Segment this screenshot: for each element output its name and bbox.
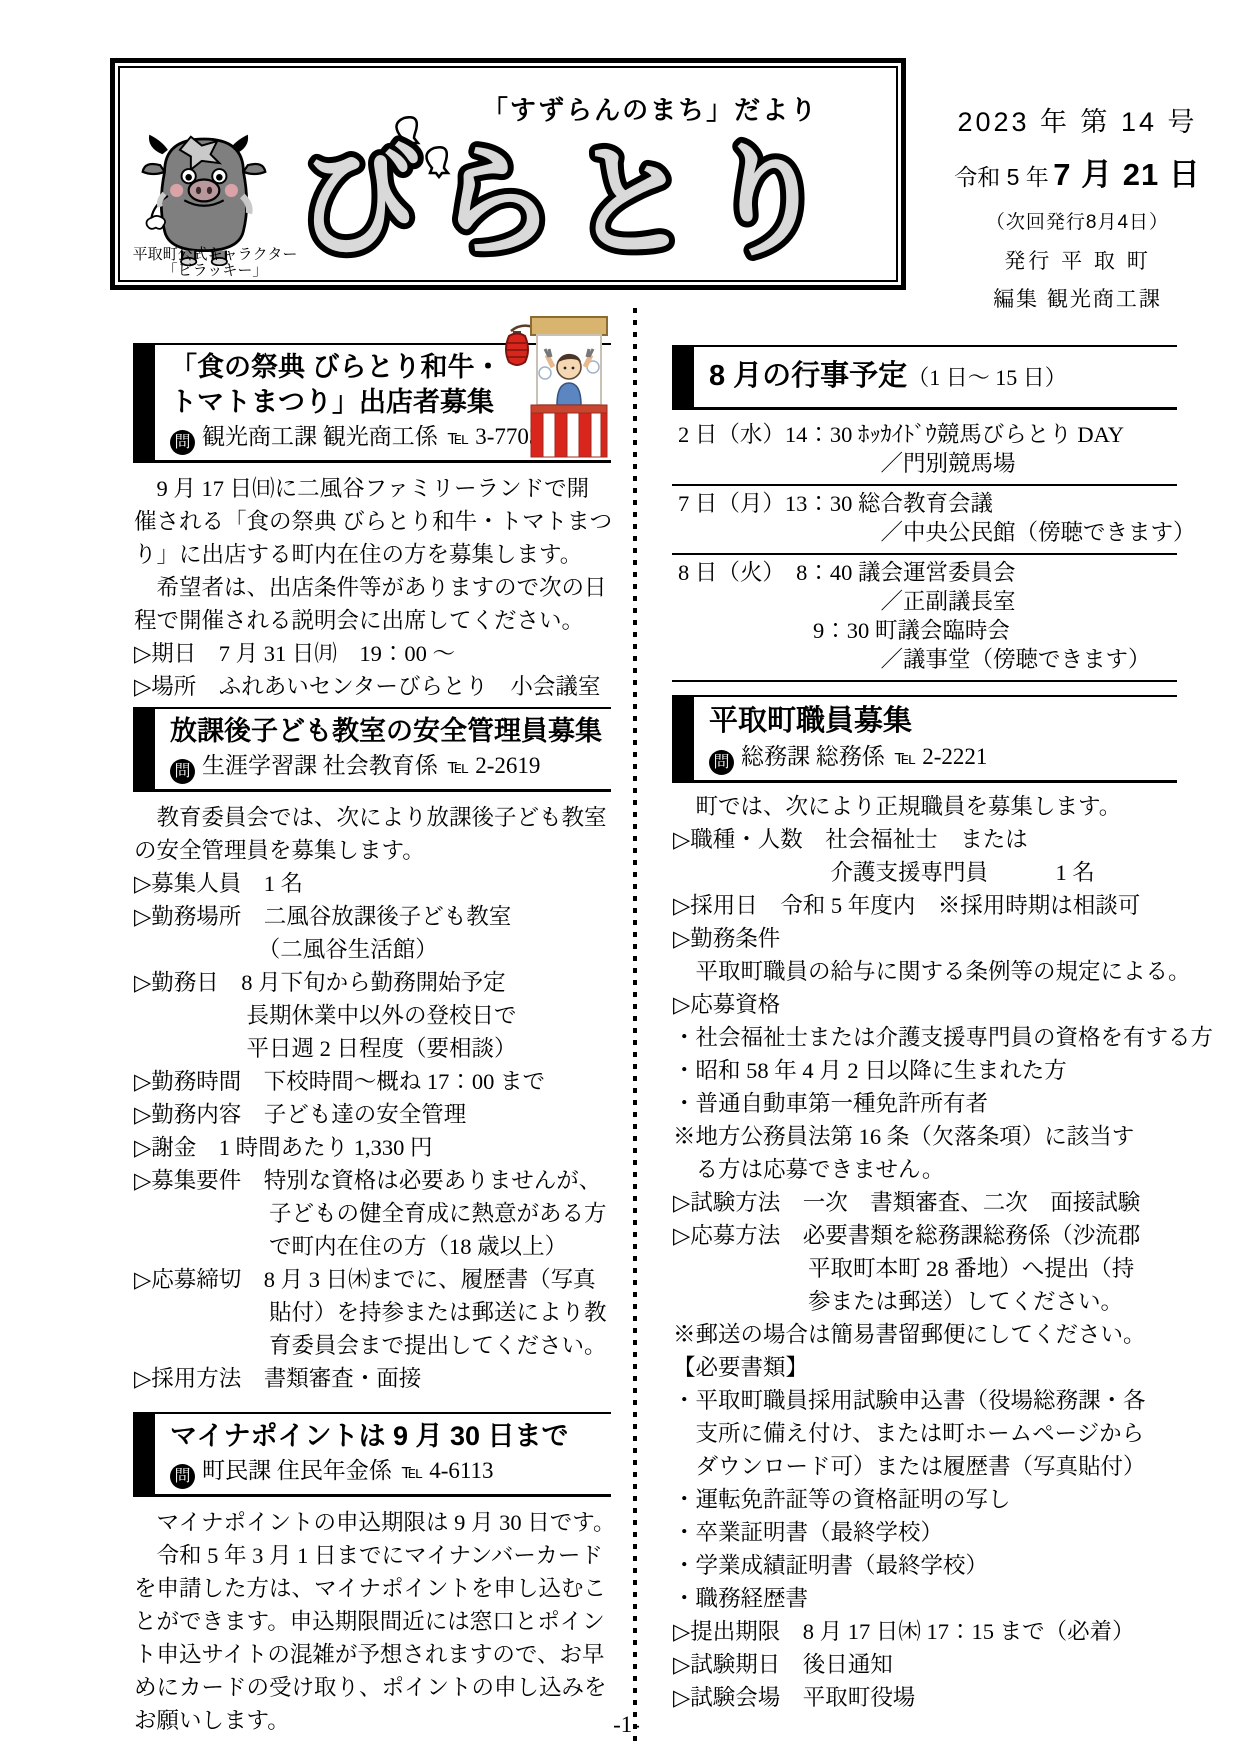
text-line: ／門別競馬場 (678, 449, 1177, 478)
event-row: 8 日（火） 8：40 議会運営委員会 ／正副議長室 9：30 町議会臨時会 ／… (672, 555, 1177, 682)
section-contact: 問総務課 総務係℡2-2221 (709, 742, 1171, 775)
contact-phone: 4-6113 (429, 1458, 493, 1483)
text-line: 8 日（火） 8：40 議会運営委員会 (678, 558, 1177, 587)
tel-icon: ℡ (895, 745, 916, 769)
section-contact: 問生涯学習課 社会教育係℡2-2619 (170, 751, 605, 784)
text-line: とができます。申込期限間近には窓口とポイン (134, 1605, 611, 1638)
text-line: ／正副議長室 (678, 587, 1177, 616)
events-date-range: （1 日～ 15 日） (907, 365, 1067, 390)
text-line: ・平取町職員採用試験申込書（役場総務課・各 (673, 1384, 1177, 1417)
section-recruitment-header: 平取町職員募集 問総務課 総務係℡2-2221 (672, 695, 1177, 783)
contact-department: 町民課 住民年金係 (202, 1458, 392, 1483)
masthead-inner-frame: 平取町公式キャラクター 「ビラッキー」 「すずらんのまち」だより びらとり (118, 66, 898, 282)
text-line: ・運転免許証等の資格証明の写し (673, 1483, 1177, 1516)
text-line: 介護支援専門員 1 名 (673, 856, 1177, 889)
text-line: ダウンロード可）または履歴書（写真貼付） (673, 1450, 1177, 1483)
text-line: 9：30 町議会臨時会 (678, 616, 1177, 645)
inquiry-icon: 問 (170, 430, 195, 455)
text-line: ／中央公民館（傍聴できます） (678, 518, 1177, 547)
text-line: ・社会福祉士または介護支援専門員の資格を有する方 (673, 1021, 1177, 1054)
text-line: めにカードの受け取り、ポイントの申し込みを (134, 1671, 611, 1704)
text-line: る方は応募できません。 (673, 1153, 1177, 1186)
text-line: ▷試験方法 一次 書類審査、二次 面接試験 (673, 1186, 1177, 1219)
section-title: 放課後子ども教室の安全管理員募集 (170, 714, 605, 749)
issue-date: 令和 5 年 7 月 21 日 (935, 149, 1220, 194)
newsletter-page: { "labels": { "ask": "問", "tel": "℡" }, … (0, 0, 1253, 1754)
text-line: 催される「食の祭典 びらとり和牛・トマトまつ (134, 505, 611, 538)
events-list: 2 日（水）14：30 ﾎｯｶｲﾄﾞｳ競馬びらとり DAY ／門別競馬場 7 日… (672, 417, 1177, 682)
svg-text:びらとり: びらとり (298, 131, 842, 273)
text-line: 教育委員会では、次により放課後子ども教室 (134, 801, 611, 834)
contact-phone: 2-2619 (475, 753, 540, 778)
text-line: ・職務経歴書 (673, 1582, 1177, 1615)
section-title: 平取町職員募集 (709, 702, 1171, 740)
section-mynapoint-header: マイナポイントは 9 月 30 日まで 問町民課 住民年金係℡4-6113 (133, 1412, 611, 1497)
text-line: 希望者は、出店条件等がありますので次の日 (134, 571, 611, 604)
editor: 編集 観光商工課 (935, 283, 1220, 313)
contact-department: 総務課 総務係 (741, 744, 885, 769)
text-line: ／議事堂（傍聴できます） (678, 645, 1177, 674)
section-afterschool-header: 放課後子ども教室の安全管理員募集 問生涯学習課 社会教育係℡2-2619 (133, 707, 611, 792)
text-line: ▷試験会場 平取町役場 (673, 1681, 1177, 1714)
section-title: マイナポイントは 9 月 30 日まで (170, 1419, 605, 1454)
section-accent-bar (133, 345, 155, 460)
column-divider (633, 308, 637, 1744)
tel-icon: ℡ (402, 1459, 423, 1483)
text-line: を申請した方は、マイナポイントを申し込むこ (134, 1572, 611, 1605)
text-line: ・普通自動車第一種免許所有者 (673, 1087, 1177, 1120)
right-column: 8 月の行事予定（1 日～ 15 日） 2 日（水）14：30 ﾎｯｶｲﾄﾞｳ競… (672, 345, 1177, 1718)
publisher: 発行 平 取 町 (935, 245, 1220, 275)
contact-department: 生涯学習課 社会教育係 (202, 753, 438, 778)
left-column: 「食の祭典 びらとり和牛・ トマトまつり」出店者募集 問観光商工課 観光商工係℡… (133, 343, 611, 1741)
text-line: ▷勤務時間 下校時間～概ね 17：00 まで (134, 1065, 611, 1098)
page-number: -1- (0, 1712, 1253, 1738)
text-line: ▷職種・人数 社会福祉士 または (673, 823, 1177, 856)
text-line: ▷謝金 1 時間あたり 1,330 円 (134, 1131, 611, 1164)
text-line: 9 月 17 日㈰に二風谷ファミリーランドで開 (134, 472, 611, 505)
masthead-box: 平取町公式キャラクター 「ビラッキー」 「すずらんのまち」だより びらとり (110, 58, 906, 290)
text-line: ▷提出期限 8 月 17 日㈭ 17：15 まで（必着） (673, 1615, 1177, 1648)
next-issue-date: （次回発行8月4日） (935, 207, 1220, 234)
text-line: ・学業成績証明書（最終学校） (673, 1549, 1177, 1582)
event-row: 2 日（水）14：30 ﾎｯｶｲﾄﾞｳ競馬びらとり DAY ／門別競馬場 (672, 417, 1177, 486)
text-line: 【必要書類】 (673, 1351, 1177, 1384)
text-line: ▷試験期日 後日通知 (673, 1648, 1177, 1681)
issue-date-era: 令和 5 年 (954, 164, 1049, 190)
text-line: 平日週 2 日程度（要相談） (134, 1032, 611, 1065)
text-line: ▷勤務内容 子ども達の安全管理 (134, 1098, 611, 1131)
text-line: 令和 5 年 3 月 1 日までにマイナンバーカード (134, 1539, 611, 1572)
text-line: 長期休業中以外の登校日で (134, 999, 611, 1032)
section-accent-bar (133, 1414, 155, 1494)
text-line: 7 日（月）13：30 総合教育会議 (678, 489, 1177, 518)
inquiry-icon: 問 (170, 1464, 195, 1489)
text-line: ▷勤務条件 (673, 922, 1177, 955)
text-line: 貼付）を持参または郵送により教 (134, 1296, 611, 1329)
text-line: ▷応募方法 必要書類を総務課総務係（沙流郡 (673, 1219, 1177, 1252)
text-line: マイナポイントの申込期限は 9 月 30 日です。 (134, 1506, 611, 1539)
section-august-events-header: 8 月の行事予定（1 日～ 15 日） (672, 345, 1177, 410)
contact-department: 観光商工課 観光商工係 (202, 424, 438, 449)
text-line: 平取町本町 28 番地）へ提出（持 (673, 1252, 1177, 1285)
text-line: 平取町職員の給与に関する条例等の規定による。 (673, 955, 1177, 988)
text-line: ト申込サイトの混雑が予想されますので、お早 (134, 1638, 611, 1671)
inquiry-icon: 問 (170, 759, 195, 784)
text-line: ※郵送の場合は簡易書留郵便にしてください。 (673, 1318, 1177, 1351)
text-line: 2 日（水）14：30 ﾎｯｶｲﾄﾞｳ競馬びらとり DAY (678, 420, 1177, 449)
section-accent-bar (672, 697, 694, 780)
text-line: ※地方公務員法第 16 条（欠落条項）に該当す (673, 1120, 1177, 1153)
text-line: り」に出店する町内在住の方を募集します。 (134, 538, 611, 571)
events-title: 8 月の行事予定 (709, 360, 907, 392)
text-line: （二風谷生活館） (134, 933, 611, 966)
newsletter-title: びらとり (260, 116, 880, 274)
afterschool-body: 教育委員会では、次により放課後子ども教室の安全管理員を募集します。▷募集人員 1… (134, 801, 611, 1395)
text-line: で町内在住の方（18 歳以上） (134, 1230, 611, 1263)
text-line: ▷募集人員 1 名 (134, 867, 611, 900)
text-line: 参または郵送）してください。 (673, 1285, 1177, 1318)
festival-stall-icon (505, 315, 609, 463)
text-line: ▷期日 7 月 31 日㈪ 19：00 ～ (134, 637, 611, 670)
text-line: ・卒業証明書（最終学校） (673, 1516, 1177, 1549)
event-row: 7 日（月）13：30 総合教育会議 ／中央公民館（傍聴できます） (672, 486, 1177, 555)
text-line: ▷応募資格 (673, 988, 1177, 1021)
text-line: ▷場所 ふれあいセンターびらとり 小会議室 (134, 670, 611, 703)
text-line: 程で開催される説明会に出席してください。 (134, 604, 611, 637)
text-line: ▷応募締切 8 月 3 日㈭までに、履歴書（写真 (134, 1263, 611, 1296)
text-line: の安全管理員を募集します。 (134, 834, 611, 867)
text-line: 町では、次により正規職員を募集します。 (673, 790, 1177, 823)
section-accent-bar (672, 347, 694, 407)
inquiry-icon: 問 (709, 750, 734, 775)
mynapoint-body: マイナポイントの申込期限は 9 月 30 日です。 令和 5 年 3 月 1 日… (134, 1506, 611, 1737)
section-title: 8 月の行事予定（1 日～ 15 日） (709, 357, 1171, 397)
text-line: ▷採用日 令和 5 年度内 ※採用時期は相談可 (673, 889, 1177, 922)
section-contact: 問町民課 住民年金係℡4-6113 (170, 1456, 605, 1489)
recruitment-body: 町では、次により正規職員を募集します。▷職種・人数 社会福祉士 または 介護支援… (673, 790, 1177, 1714)
issue-number: 2023 年 第 14 号 (935, 100, 1220, 139)
contact-phone: 2-2221 (922, 744, 987, 769)
text-line: 支所に備え付け、または町ホームページから (673, 1417, 1177, 1450)
text-line: ▷勤務場所 二風谷放課後子ども教室 (134, 900, 611, 933)
section-food-festival-header: 「食の祭典 びらとり和牛・ トマトまつり」出店者募集 問観光商工課 観光商工係℡… (133, 343, 611, 463)
issue-date-main: 7 月 21 日 (1053, 157, 1201, 192)
food-festival-body: 9 月 17 日㈰に二風谷ファミリーランドで開催される「食の祭典 びらとり和牛・… (134, 472, 611, 703)
tel-icon: ℡ (448, 754, 469, 778)
text-line: ▷採用方法 書類審査・面接 (134, 1362, 611, 1395)
text-line: ▷勤務日 8 月下旬から勤務開始予定 (134, 966, 611, 999)
text-line: ・昭和 58 年 4 月 2 日以降に生まれた方 (673, 1054, 1177, 1087)
tel-icon: ℡ (448, 425, 469, 449)
issue-info-block: 2023 年 第 14 号 令和 5 年 7 月 21 日 （次回発行8月4日）… (935, 100, 1220, 313)
text-line: 育委員会まで提出してください。 (134, 1329, 611, 1362)
text-line: 子どもの健全育成に熱意がある方 (134, 1197, 611, 1230)
section-accent-bar (133, 709, 155, 789)
text-line: ▷募集要件 特別な資格は必要ありませんが、 (134, 1164, 611, 1197)
